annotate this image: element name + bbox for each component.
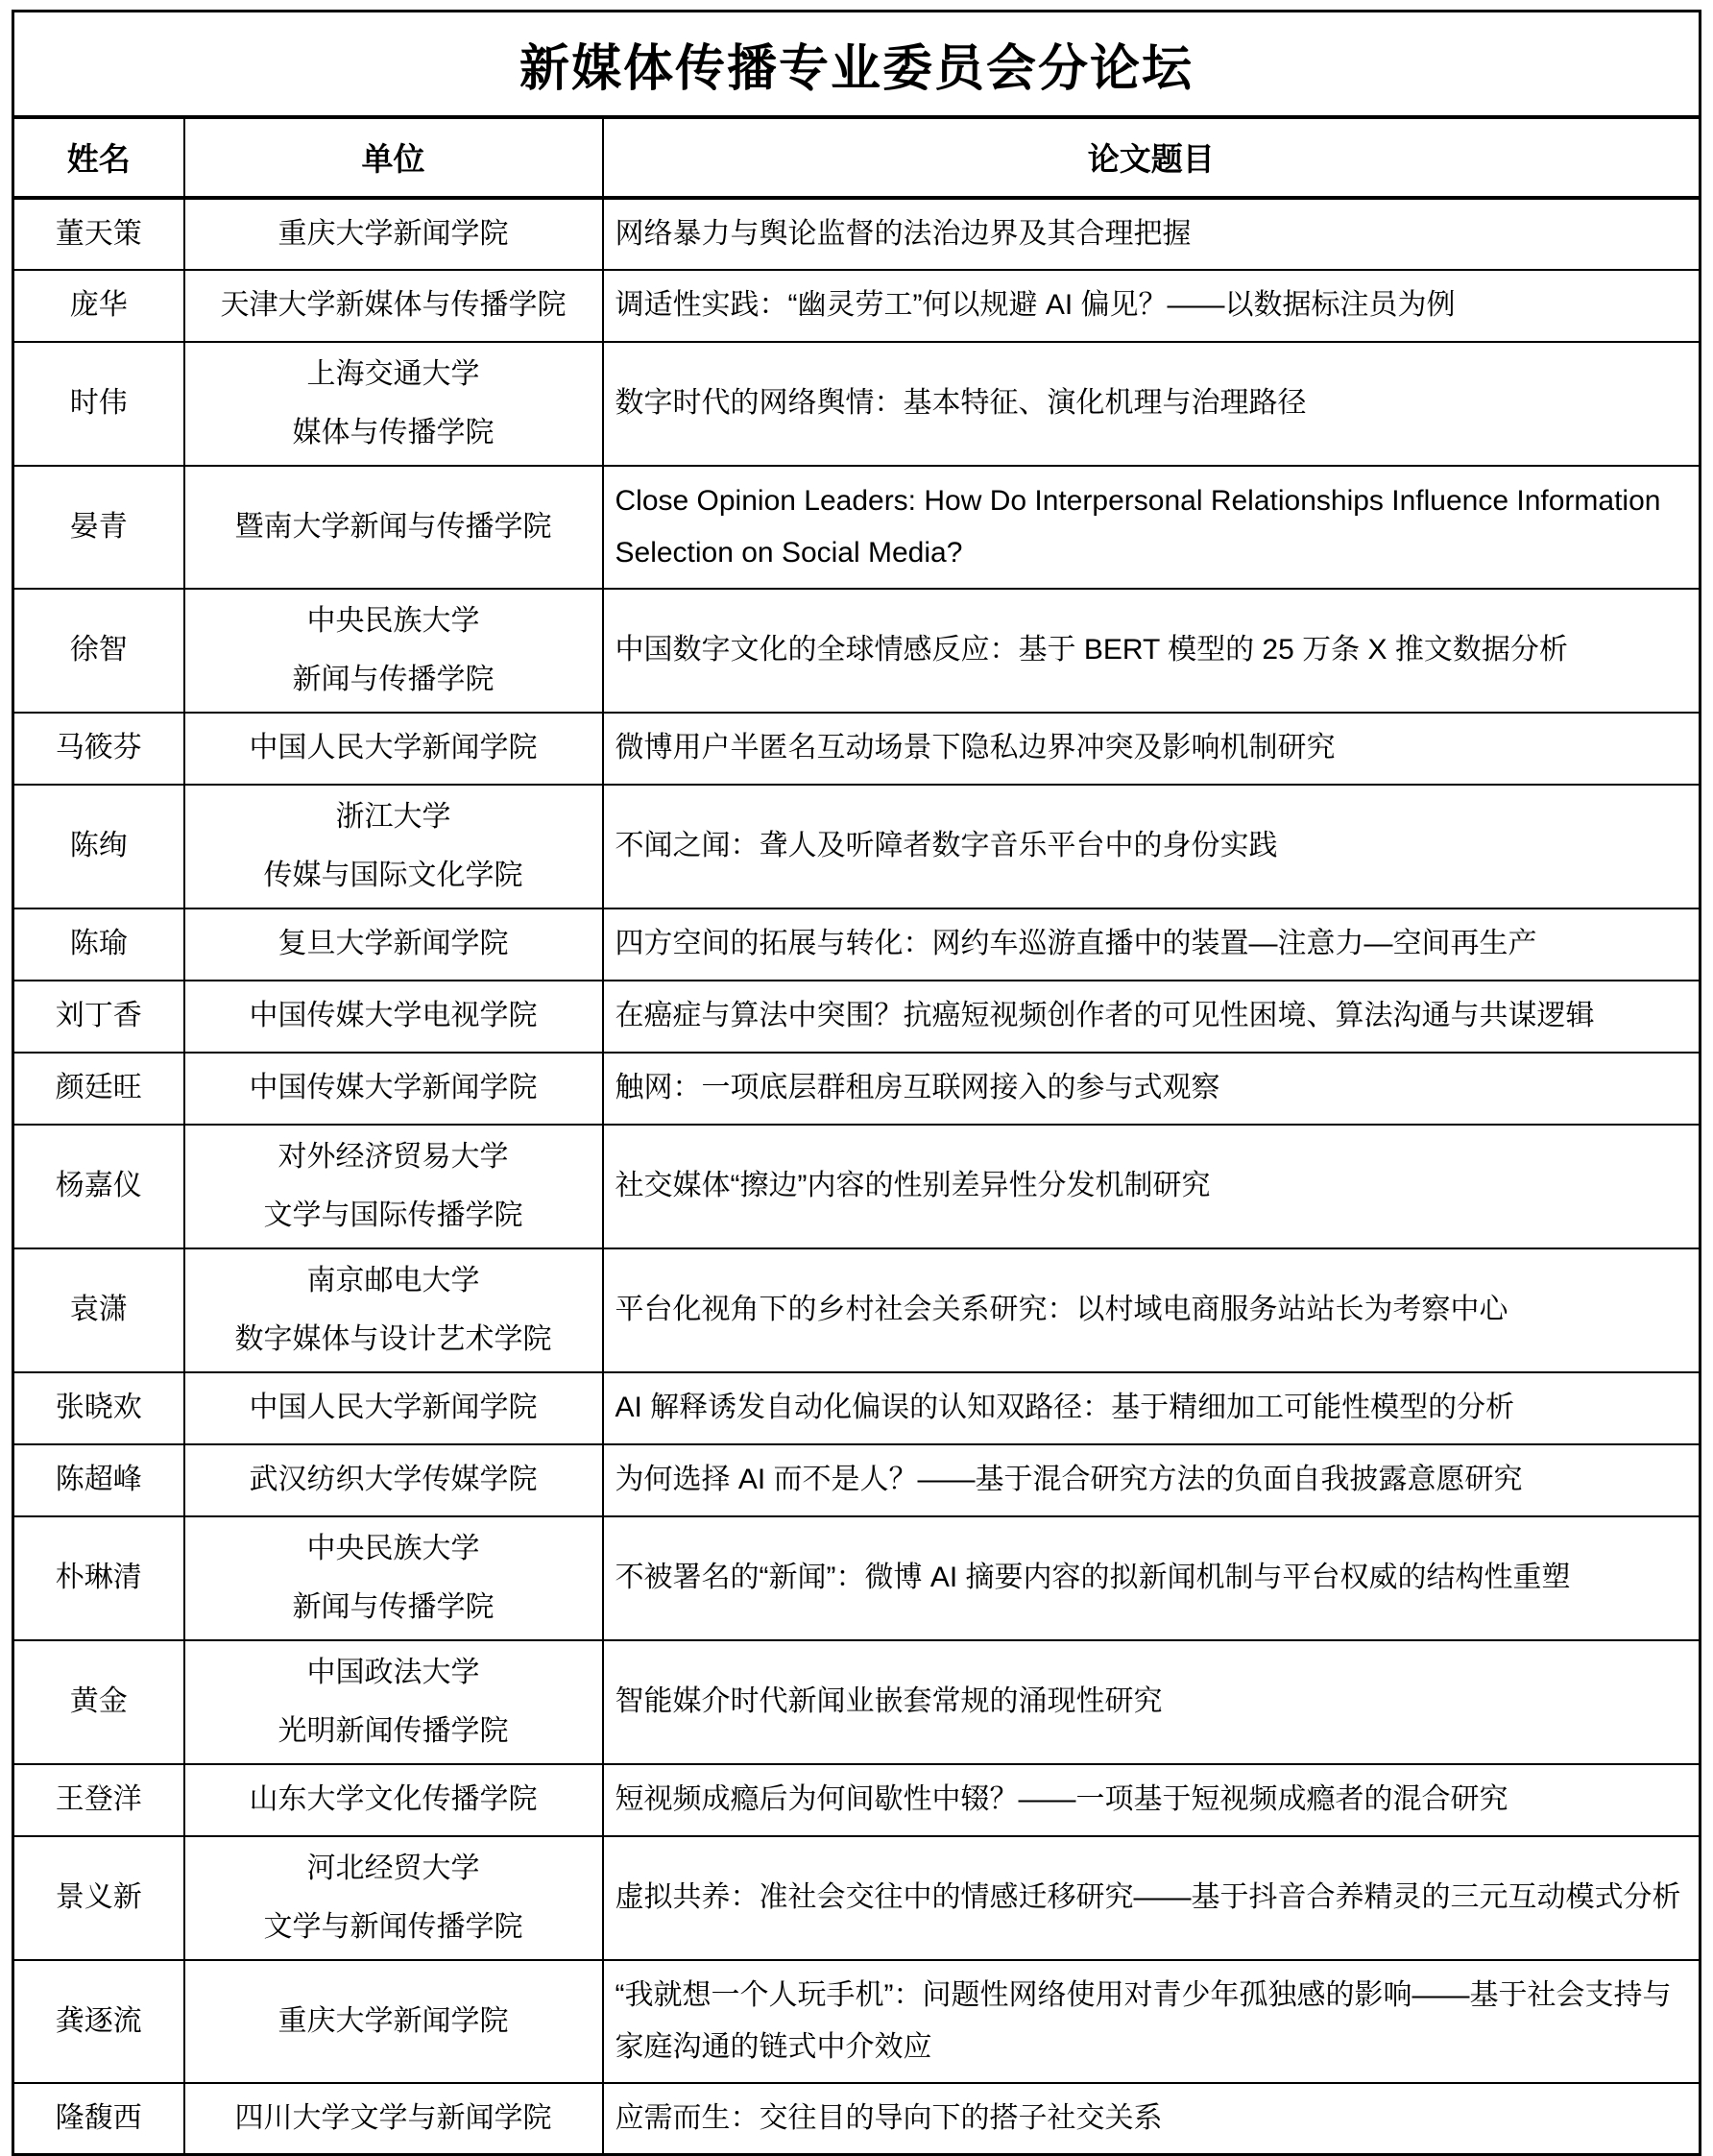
author-unit: 山东大学文化传播学院	[184, 1764, 603, 1836]
paper-title: 触网：一项底层群租房互联网接入的参与式观察	[603, 1053, 1701, 1125]
paper-title: 短视频成瘾后为何间歇性中辍？——一项基于短视频成瘾者的混合研究	[603, 1764, 1701, 1836]
column-header-paper-title: 论文题目	[603, 117, 1701, 198]
table-row: 董天策 重庆大学新闻学院 网络暴力与舆论监督的法治边界及其合理把握	[13, 198, 1701, 270]
author-unit: 中国人民大学新闻学院	[184, 1372, 603, 1444]
author-name: 朴琳清	[13, 1516, 184, 1640]
paper-title: 应需而生：交往目的导向下的搭子社交关系	[603, 2083, 1701, 2155]
table-row: 陈瑜 复旦大学新闻学院 四方空间的拓展与转化：网约车巡游直播中的装置—注意力—空…	[13, 908, 1701, 981]
column-header-name: 姓名	[13, 117, 184, 198]
author-name: 刘丁香	[13, 981, 184, 1053]
author-name: 庞华	[13, 270, 184, 342]
author-name: 颜廷旺	[13, 1053, 184, 1125]
table-row: 庞华 天津大学新媒体与传播学院 调适性实践：“幽灵劳工”何以规避 AI 偏见？—…	[13, 270, 1701, 342]
table-row: 陈绚 浙江大学 传媒与国际文化学院 不闻之闻：聋人及听障者数字音乐平台中的身份实…	[13, 785, 1701, 908]
author-unit: 南京邮电大学 数字媒体与设计艺术学院	[184, 1248, 603, 1372]
paper-title: Close Opinion Leaders: How Do Interperso…	[603, 466, 1701, 589]
column-header-unit: 单位	[184, 117, 603, 198]
title-row: 新媒体传播专业委员会分论坛	[13, 12, 1701, 117]
paper-title: 数字时代的网络舆情：基本特征、演化机理与治理路径	[603, 342, 1701, 466]
author-unit: 复旦大学新闻学院	[184, 908, 603, 981]
document-page: 新媒体传播专业委员会分论坛 姓名 单位 论文题目 董天策 重庆大学新闻学院 网络…	[0, 0, 1713, 2146]
author-unit: 重庆大学新闻学院	[184, 1960, 603, 2083]
table-row: 袁潇 南京邮电大学 数字媒体与设计艺术学院 平台化视角下的乡村社会关系研究：以村…	[13, 1248, 1701, 1372]
paper-title: 不闻之闻：聋人及听障者数字音乐平台中的身份实践	[603, 785, 1701, 908]
paper-title: 中国数字文化的全球情感反应：基于 BERT 模型的 25 万条 X 推文数据分析	[603, 589, 1701, 713]
forum-schedule-table: 新媒体传播专业委员会分论坛 姓名 单位 论文题目 董天策 重庆大学新闻学院 网络…	[12, 10, 1701, 2156]
paper-title: 虚拟共养：准社会交往中的情感迁移研究——基于抖音合养精灵的三元互动模式分析	[603, 1836, 1701, 1960]
table-row: 王登洋 山东大学文化传播学院 短视频成瘾后为何间歇性中辍？——一项基于短视频成瘾…	[13, 1764, 1701, 1836]
author-name: 徐智	[13, 589, 184, 713]
paper-title: 社交媒体“擦边”内容的性别差异性分发机制研究	[603, 1125, 1701, 1248]
table-row: 张晓欢 中国人民大学新闻学院 AI 解释诱发自动化偏误的认知双路径：基于精细加工…	[13, 1372, 1701, 1444]
author-unit: 浙江大学 传媒与国际文化学院	[184, 785, 603, 908]
author-unit: 对外经济贸易大学 文学与国际传播学院	[184, 1125, 603, 1248]
table-row: 龚逐流 重庆大学新闻学院 “我就想一个人玩手机”：问题性网络使用对青少年孤独感的…	[13, 1960, 1701, 2083]
author-unit: 中国政法大学 光明新闻传播学院	[184, 1640, 603, 1764]
author-unit: 中国人民大学新闻学院	[184, 713, 603, 785]
author-name: 袁潇	[13, 1248, 184, 1372]
paper-title: 平台化视角下的乡村社会关系研究：以村域电商服务站站长为考察中心	[603, 1248, 1701, 1372]
author-unit: 中央民族大学 新闻与传播学院	[184, 589, 603, 713]
author-name: 陈绚	[13, 785, 184, 908]
table-row: 黄金 中国政法大学 光明新闻传播学院 智能媒介时代新闻业嵌套常规的涌现性研究	[13, 1640, 1701, 1764]
paper-title: AI 解释诱发自动化偏误的认知双路径：基于精细加工可能性模型的分析	[603, 1372, 1701, 1444]
author-name: 龚逐流	[13, 1960, 184, 2083]
paper-title: 不被署名的“新闻”：微博 AI 摘要内容的拟新闻机制与平台权威的结构性重塑	[603, 1516, 1701, 1640]
table-row: 隆馥西 四川大学文学与新闻学院 应需而生：交往目的导向下的搭子社交关系	[13, 2083, 1701, 2155]
author-name: 陈瑜	[13, 908, 184, 981]
paper-title: 智能媒介时代新闻业嵌套常规的涌现性研究	[603, 1640, 1701, 1764]
author-unit: 上海交通大学 媒体与传播学院	[184, 342, 603, 466]
author-unit: 中国传媒大学新闻学院	[184, 1053, 603, 1125]
table-row: 晏青 暨南大学新闻与传播学院 Close Opinion Leaders: Ho…	[13, 466, 1701, 589]
author-name: 陈超峰	[13, 1444, 184, 1516]
table-row: 时伟 上海交通大学 媒体与传播学院 数字时代的网络舆情：基本特征、演化机理与治理…	[13, 342, 1701, 466]
paper-title: 调适性实践：“幽灵劳工”何以规避 AI 偏见？——以数据标注员为例	[603, 270, 1701, 342]
author-unit: 武汉纺织大学传媒学院	[184, 1444, 603, 1516]
table-row: 景义新 河北经贸大学 文学与新闻传播学院 虚拟共养：准社会交往中的情感迁移研究—…	[13, 1836, 1701, 1960]
author-name: 晏青	[13, 466, 184, 589]
author-unit: 中央民族大学 新闻与传播学院	[184, 1516, 603, 1640]
table-row: 杨嘉仪 对外经济贸易大学 文学与国际传播学院 社交媒体“擦边”内容的性别差异性分…	[13, 1125, 1701, 1248]
author-unit: 四川大学文学与新闻学院	[184, 2083, 603, 2155]
paper-title: “我就想一个人玩手机”：问题性网络使用对青少年孤独感的影响——基于社会支持与家庭…	[603, 1960, 1701, 2083]
author-unit: 河北经贸大学 文学与新闻传播学院	[184, 1836, 603, 1960]
author-name: 张晓欢	[13, 1372, 184, 1444]
table-row: 刘丁香 中国传媒大学电视学院 在癌症与算法中突围？抗癌短视频创作者的可见性困境、…	[13, 981, 1701, 1053]
table-row: 朴琳清 中央民族大学 新闻与传播学院 不被署名的“新闻”：微博 AI 摘要内容的…	[13, 1516, 1701, 1640]
author-name: 黄金	[13, 1640, 184, 1764]
author-unit: 重庆大学新闻学院	[184, 198, 603, 270]
author-unit: 中国传媒大学电视学院	[184, 981, 603, 1053]
author-name: 时伟	[13, 342, 184, 466]
author-unit: 暨南大学新闻与传播学院	[184, 466, 603, 589]
page-title: 新媒体传播专业委员会分论坛	[13, 12, 1701, 117]
author-name: 董天策	[13, 198, 184, 270]
table-row: 徐智 中央民族大学 新闻与传播学院 中国数字文化的全球情感反应：基于 BERT …	[13, 589, 1701, 713]
author-name: 王登洋	[13, 1764, 184, 1836]
author-unit: 天津大学新媒体与传播学院	[184, 270, 603, 342]
paper-title: 网络暴力与舆论监督的法治边界及其合理把握	[603, 198, 1701, 270]
paper-title: 微博用户半匿名互动场景下隐私边界冲突及影响机制研究	[603, 713, 1701, 785]
paper-title: 在癌症与算法中突围？抗癌短视频创作者的可见性困境、算法沟通与共谋逻辑	[603, 981, 1701, 1053]
author-name: 马筱芬	[13, 713, 184, 785]
author-name: 杨嘉仪	[13, 1125, 184, 1248]
table-row: 陈超峰 武汉纺织大学传媒学院 为何选择 AI 而不是人？——基于混合研究方法的负…	[13, 1444, 1701, 1516]
author-name: 隆馥西	[13, 2083, 184, 2155]
table-row: 颜廷旺 中国传媒大学新闻学院 触网：一项底层群租房互联网接入的参与式观察	[13, 1053, 1701, 1125]
table-row: 马筱芬 中国人民大学新闻学院 微博用户半匿名互动场景下隐私边界冲突及影响机制研究	[13, 713, 1701, 785]
paper-title: 为何选择 AI 而不是人？——基于混合研究方法的负面自我披露意愿研究	[603, 1444, 1701, 1516]
paper-title: 四方空间的拓展与转化：网约车巡游直播中的装置—注意力—空间再生产	[603, 908, 1701, 981]
author-name: 景义新	[13, 1836, 184, 1960]
header-row: 姓名 单位 论文题目	[13, 117, 1701, 198]
